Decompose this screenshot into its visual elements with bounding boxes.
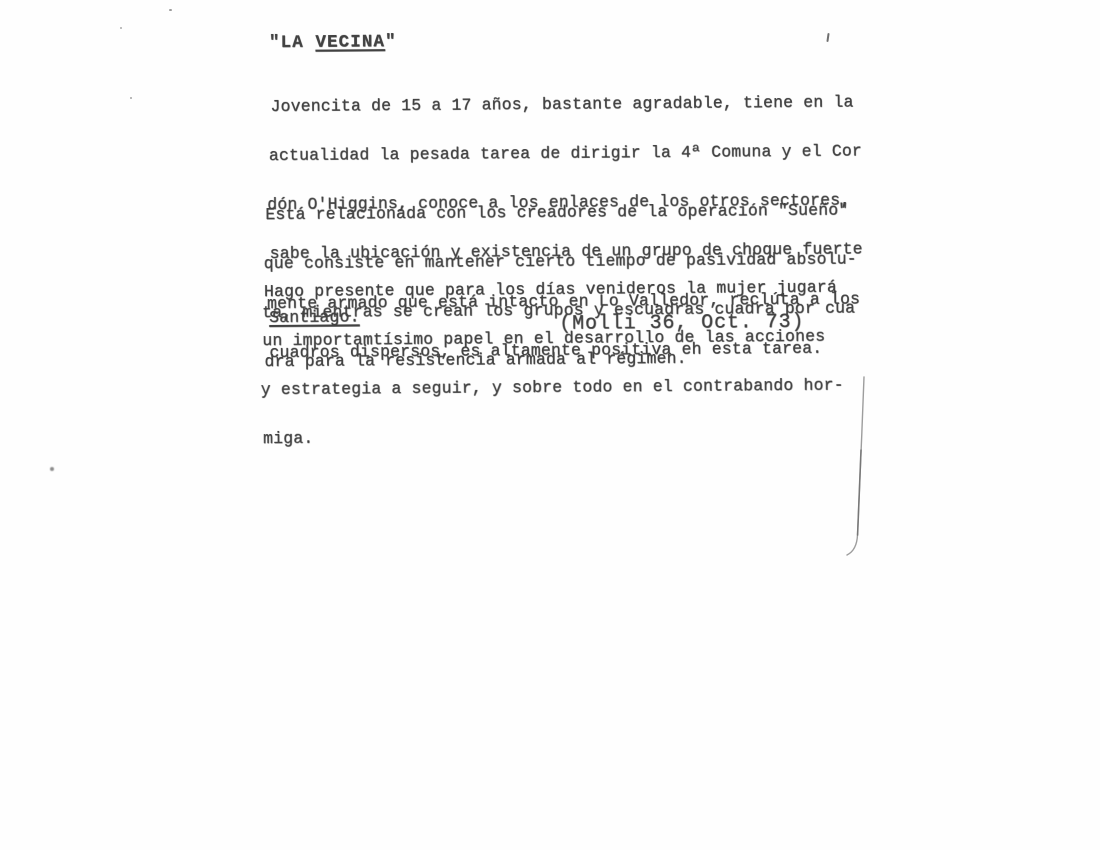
text-line: Está relacionada con los creadores de la… [265, 202, 856, 223]
typewritten-text-block: "LA VECINA" Jovencita de 15 a 17 años, b… [0, 0, 1100, 850]
text-line: actualidad la pesada tarea de dirigir la… [269, 143, 862, 164]
paragraph-closing: Hago presente que para los días venidero… [264, 247, 845, 481]
signature-place: Santiago. [269, 309, 360, 326]
text-line: y estrategia a seguir, y sobre todo en e… [261, 378, 844, 399]
text-line: Jovencita de 15 a 17 años, bastante agra… [270, 94, 861, 115]
scan-speck [130, 97, 132, 99]
title-underlined-word: VECINA [315, 32, 385, 53]
scanned-document-page: "LA VECINA" Jovencita de 15 a 17 años, b… [0, 0, 1100, 850]
title-open-quote: "LA [269, 33, 316, 53]
text-line: miga. [263, 427, 844, 448]
title-close-quote: " [385, 32, 397, 52]
document-title: "LA VECINA" [269, 32, 397, 53]
scan-speck [169, 9, 172, 11]
scan-speck [50, 467, 54, 471]
source-citation: (Molli 36, Oct. 73) [559, 313, 804, 335]
scan-speck [120, 27, 122, 29]
text-line: Hago presente que para los días venidero… [264, 279, 843, 300]
